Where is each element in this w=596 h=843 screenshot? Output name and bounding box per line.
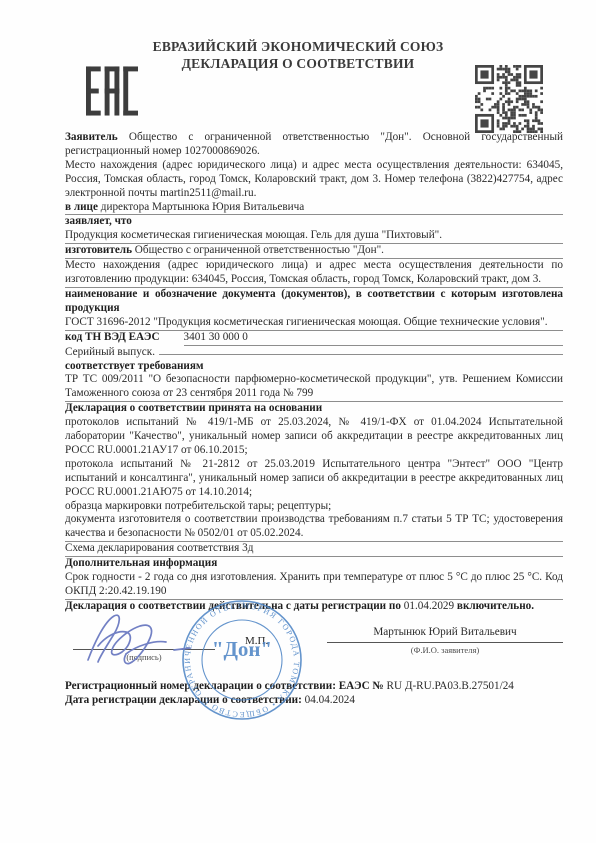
serial-blank-line xyxy=(159,354,563,355)
declares-label: заявляет, что xyxy=(65,215,563,229)
document-body: Заявитель Общество с ограниченной ответс… xyxy=(65,131,563,708)
validity-row: Декларация о соответствии действительна … xyxy=(65,600,563,614)
eac-mark-icon xyxy=(86,66,138,116)
product-row: Продукция косметическая гигиеническая мо… xyxy=(65,229,563,244)
validity-date: 01.04.2029 xyxy=(404,600,454,612)
compliance-text: ТР ТС 009/2011 "О безопасности парфюмерн… xyxy=(65,373,563,402)
title-union: ЕВРАЗИЙСКИЙ ЭКОНОМИЧЕСКИЙ СОЮЗ xyxy=(0,38,596,55)
applicant-address: Место нахождения (адрес юридического лиц… xyxy=(65,159,563,201)
applicant-label: Заявитель xyxy=(65,131,118,143)
registration-block: Регистрационный номер декларации о соотв… xyxy=(65,680,563,708)
fio-caption: (Ф.И.О. заявителя) xyxy=(327,643,563,658)
additional-text: Срок годности - 2 года со дня изготовлен… xyxy=(65,571,563,600)
basis-item: протокола испытаний № 21-2812 от 25.03.2… xyxy=(65,458,563,500)
fio-block: Мартынюк Юрий Витальевич (Ф.И.О. заявите… xyxy=(327,626,563,658)
compliance-label: соответствует требованиям xyxy=(65,360,563,374)
applicant-fio: Мартынюк Юрий Витальевич xyxy=(327,626,563,643)
registration-number: RU Д-RU.РА03.В.27501/24 xyxy=(386,680,513,692)
manufacturer-label: изготовитель xyxy=(65,244,132,256)
basis-item: образца маркировки потребительской тары;… xyxy=(65,500,563,514)
signature-line xyxy=(73,649,215,650)
doc-basis-label: наименование и обозначение документа (до… xyxy=(65,288,563,316)
tnved-row: код ТН ВЭД ЕАЭС 3401 30 000 0 xyxy=(65,331,563,346)
basis-label: Декларация о соответствии принята на осн… xyxy=(65,402,563,416)
in-person-label: в лице xyxy=(65,201,98,213)
registration-date-row: Дата регистрации декларации о соответств… xyxy=(65,694,563,708)
basis-item: протоколов испытаний № 419/1-МБ от 25.03… xyxy=(65,416,563,458)
signature-caption: (подпись) xyxy=(73,651,215,665)
serial-row: Серийный выпуск. xyxy=(65,346,563,360)
in-person-row: в лице директора Мартынюка Юрия Витальев… xyxy=(65,201,563,216)
basis-item: документа изготовителя о соответствии пр… xyxy=(65,513,563,542)
scheme-row: Схема декларирования соответствия 3д xyxy=(65,542,563,557)
registration-number-row: Регистрационный номер декларации о соотв… xyxy=(65,680,563,694)
serial-label: Серийный выпуск. xyxy=(65,346,155,360)
tnved-label: код ТН ВЭД ЕАЭС xyxy=(65,331,160,345)
declaration-document: ЕВРАЗИЙСКИЙ ЭКОНОМИЧЕСКИЙ СОЮЗ ДЕКЛАРАЦИ… xyxy=(0,0,596,843)
registration-date: 04.04.2024 xyxy=(305,694,355,706)
stamp-place-label: М.П. xyxy=(245,635,268,649)
signature-block: (подпись) М.П. Мартынюк Юрий Витальевич … xyxy=(65,618,563,674)
qr-code-icon xyxy=(475,65,543,133)
tnved-code: 3401 30 000 0 xyxy=(184,331,563,346)
manufacturer-row: изготовитель Общество с ограниченной отв… xyxy=(65,244,563,259)
manufacturer-address: Место нахождения (адрес юридического лиц… xyxy=(65,259,563,288)
gost-row: ГОСТ 31696-2012 "Продукция косметическая… xyxy=(65,316,563,331)
additional-label: Дополнительная информация xyxy=(65,557,563,571)
applicant-paragraph: Заявитель Общество с ограниченной ответс… xyxy=(65,131,563,159)
